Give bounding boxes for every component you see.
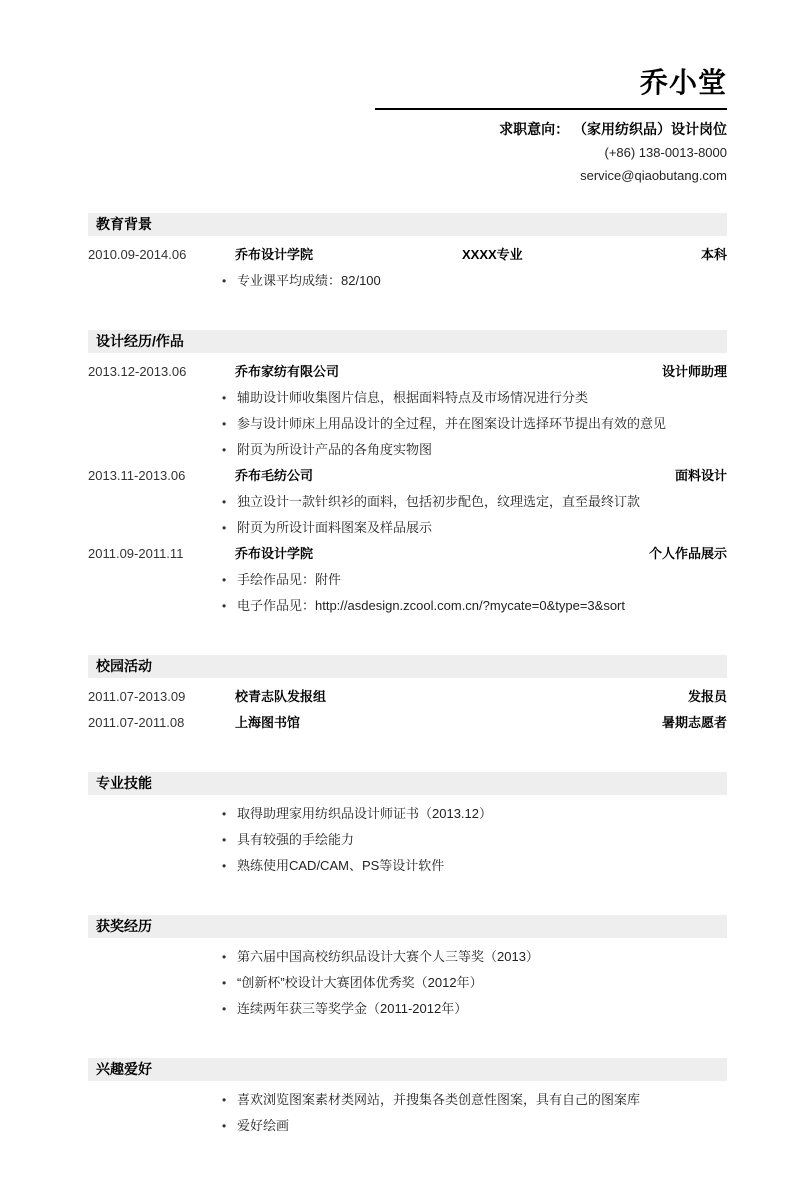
entry-row: 2013.12-2013.06乔布家纺有限公司设计师助理: [88, 359, 727, 385]
entry-major: XXXX专业: [462, 242, 701, 268]
bullet-item: •附页为所设计面料图案及样品展示: [222, 515, 727, 541]
entry-organization: 乔布毛纺公司: [235, 463, 675, 489]
entry-date: 2011.07-2011.08: [88, 710, 235, 736]
bullet-dot: •: [222, 567, 237, 593]
bullet-item: •专业课平均成绩：82/100: [222, 268, 727, 294]
section-header: 专业技能: [88, 772, 727, 795]
section-header: 兴趣爱好: [88, 1058, 727, 1081]
bullet-dot: •: [222, 489, 237, 515]
bullet-text: 附页为所设计面料图案及样品展示: [237, 515, 727, 541]
entry-organization: 校青志队发报组: [235, 684, 688, 710]
bullet-item: •附页为所设计产品的各角度实物图: [222, 437, 727, 463]
bullet-text: 独立设计一款针织衫的面料，包括初步配色，纹理选定，直至最终订款: [237, 489, 727, 515]
bullet-dot: •: [222, 437, 237, 463]
entry-date: 2013.12-2013.06: [88, 359, 235, 385]
bullet-text: 熟练使用CAD/CAM、PS等设计软件: [237, 853, 727, 879]
bullet-text: 电子作品见：http://asdesign.zcool.com.cn/?myca…: [237, 593, 727, 619]
resume-page: 乔小堂 求职意向： （家用纺织品）设计岗位 (+86) 138-0013-800…: [0, 0, 794, 1179]
bullet-text: 手绘作品见：附件: [237, 567, 727, 593]
bullet-text: 爱好绘画: [237, 1113, 727, 1139]
bullet-text: 参与设计师床上用品设计的全过程，并在图案设计选择环节提出有效的意见: [237, 411, 727, 437]
entry-date: 2010.09-2014.06: [88, 242, 235, 268]
bullet-dot: •: [222, 853, 237, 879]
bullet-item: •连续两年获三等奖学金（2011-2012年）: [222, 996, 727, 1022]
bullet-dot: •: [222, 944, 237, 970]
entry-role: 发报员: [688, 684, 727, 710]
bullet-text: 连续两年获三等奖学金（2011-2012年）: [237, 996, 727, 1022]
bullet-text: 喜欢浏览图案素材类网站，并搜集各类创意性图案，具有自己的图案库: [237, 1087, 727, 1113]
bullet-item: •辅助设计师收集图片信息，根据面料特点及市场情况进行分类: [222, 385, 727, 411]
bullet-dot: •: [222, 970, 237, 996]
bullet-item: •参与设计师床上用品设计的全过程，并在图案设计选择环节提出有效的意见: [222, 411, 727, 437]
resume-header: 乔小堂 求职意向： （家用纺织品）设计岗位 (+86) 138-0013-800…: [88, 66, 727, 187]
bullet-dot: •: [222, 593, 237, 619]
entry-date: 2011.07-2013.09: [88, 684, 235, 710]
entry-date: 2011.09-2011.11: [88, 541, 235, 567]
bullet-dot: •: [222, 385, 237, 411]
entry-role: 设计师助理: [662, 359, 727, 385]
entry-row: 2010.09-2014.06乔布设计学院XXXX专业本科: [88, 242, 727, 268]
bullet-item: •喜欢浏览图案素材类网站，并搜集各类创意性图案，具有自己的图案库: [222, 1087, 727, 1113]
section: 校园活动2011.07-2013.09校青志队发报组发报员2011.07-201…: [88, 655, 727, 736]
bullet-item: •“创新杯”校设计大赛团体优秀奖（2012年）: [222, 970, 727, 996]
entry-role: 本科: [701, 242, 727, 268]
entry-role: 面料设计: [675, 463, 727, 489]
bullet-dot: •: [222, 827, 237, 853]
bullet-item: •第六届中国高校纺织品设计大赛个人三等奖（2013）: [222, 944, 727, 970]
bullet-text: 具有较强的手绘能力: [237, 827, 727, 853]
entry-role: 个人作品展示: [649, 541, 727, 567]
header-rule: [375, 108, 727, 110]
bullet-item: •手绘作品见：附件: [222, 567, 727, 593]
bullet-text: “创新杯”校设计大赛团体优秀奖（2012年）: [237, 970, 727, 996]
bullet-item: •爱好绘画: [222, 1113, 727, 1139]
bullet-item: •独立设计一款针织衫的面料，包括初步配色，纹理选定，直至最终订款: [222, 489, 727, 515]
resume-body: 教育背景2010.09-2014.06乔布设计学院XXXX专业本科•专业课平均成…: [88, 213, 727, 1139]
section-header: 校园活动: [88, 655, 727, 678]
bullet-dot: •: [222, 996, 237, 1022]
job-objective: 求职意向： （家用纺织品）设计岗位: [88, 118, 727, 141]
bullet-item: •电子作品见：http://asdesign.zcool.com.cn/?myc…: [222, 593, 727, 619]
bullet-dot: •: [222, 1113, 237, 1139]
bullet-dot: •: [222, 268, 237, 294]
bullet-dot: •: [222, 411, 237, 437]
entry-row: 2013.11-2013.06乔布毛纺公司面料设计: [88, 463, 727, 489]
entry-row: 2011.09-2011.11乔布设计学院个人作品展示: [88, 541, 727, 567]
section-header: 教育背景: [88, 213, 727, 236]
bullet-item: •取得助理家用纺织品设计师证书（2013.12）: [222, 801, 727, 827]
bullet-item: •具有较强的手绘能力: [222, 827, 727, 853]
section: 设计经历/作品2013.12-2013.06乔布家纺有限公司设计师助理•辅助设计…: [88, 330, 727, 619]
section-header: 获奖经历: [88, 915, 727, 938]
bullet-dot: •: [222, 515, 237, 541]
phone-number: (+86) 138-0013-8000: [88, 141, 727, 164]
candidate-name: 乔小堂: [88, 66, 727, 100]
entry-organization: 乔布设计学院: [235, 541, 649, 567]
entry-organization: 上海图书馆: [235, 710, 662, 736]
entry-row: 2011.07-2013.09校青志队发报组发报员: [88, 684, 727, 710]
entry-row: 2011.07-2011.08上海图书馆暑期志愿者: [88, 710, 727, 736]
bullet-item: •熟练使用CAD/CAM、PS等设计软件: [222, 853, 727, 879]
section: 专业技能•取得助理家用纺织品设计师证书（2013.12）•具有较强的手绘能力•熟…: [88, 772, 727, 879]
section: 兴趣爱好•喜欢浏览图案素材类网站，并搜集各类创意性图案，具有自己的图案库•爱好绘…: [88, 1058, 727, 1139]
entry-date: 2013.11-2013.06: [88, 463, 235, 489]
bullet-text: 取得助理家用纺织品设计师证书（2013.12）: [237, 801, 727, 827]
entry-organization: 乔布设计学院: [235, 242, 462, 268]
bullet-text: 专业课平均成绩：82/100: [237, 268, 727, 294]
bullet-text: 附页为所设计产品的各角度实物图: [237, 437, 727, 463]
bullet-text: 辅助设计师收集图片信息，根据面料特点及市场情况进行分类: [237, 385, 727, 411]
section-header: 设计经历/作品: [88, 330, 727, 353]
section: 教育背景2010.09-2014.06乔布设计学院XXXX专业本科•专业课平均成…: [88, 213, 727, 294]
section: 获奖经历•第六届中国高校纺织品设计大赛个人三等奖（2013）•“创新杯”校设计大…: [88, 915, 727, 1022]
bullet-dot: •: [222, 801, 237, 827]
entry-organization: 乔布家纺有限公司: [235, 359, 662, 385]
email-address: service@qiaobutang.com: [88, 164, 727, 187]
entry-role: 暑期志愿者: [662, 710, 727, 736]
bullet-dot: •: [222, 1087, 237, 1113]
bullet-text: 第六届中国高校纺织品设计大赛个人三等奖（2013）: [237, 944, 727, 970]
